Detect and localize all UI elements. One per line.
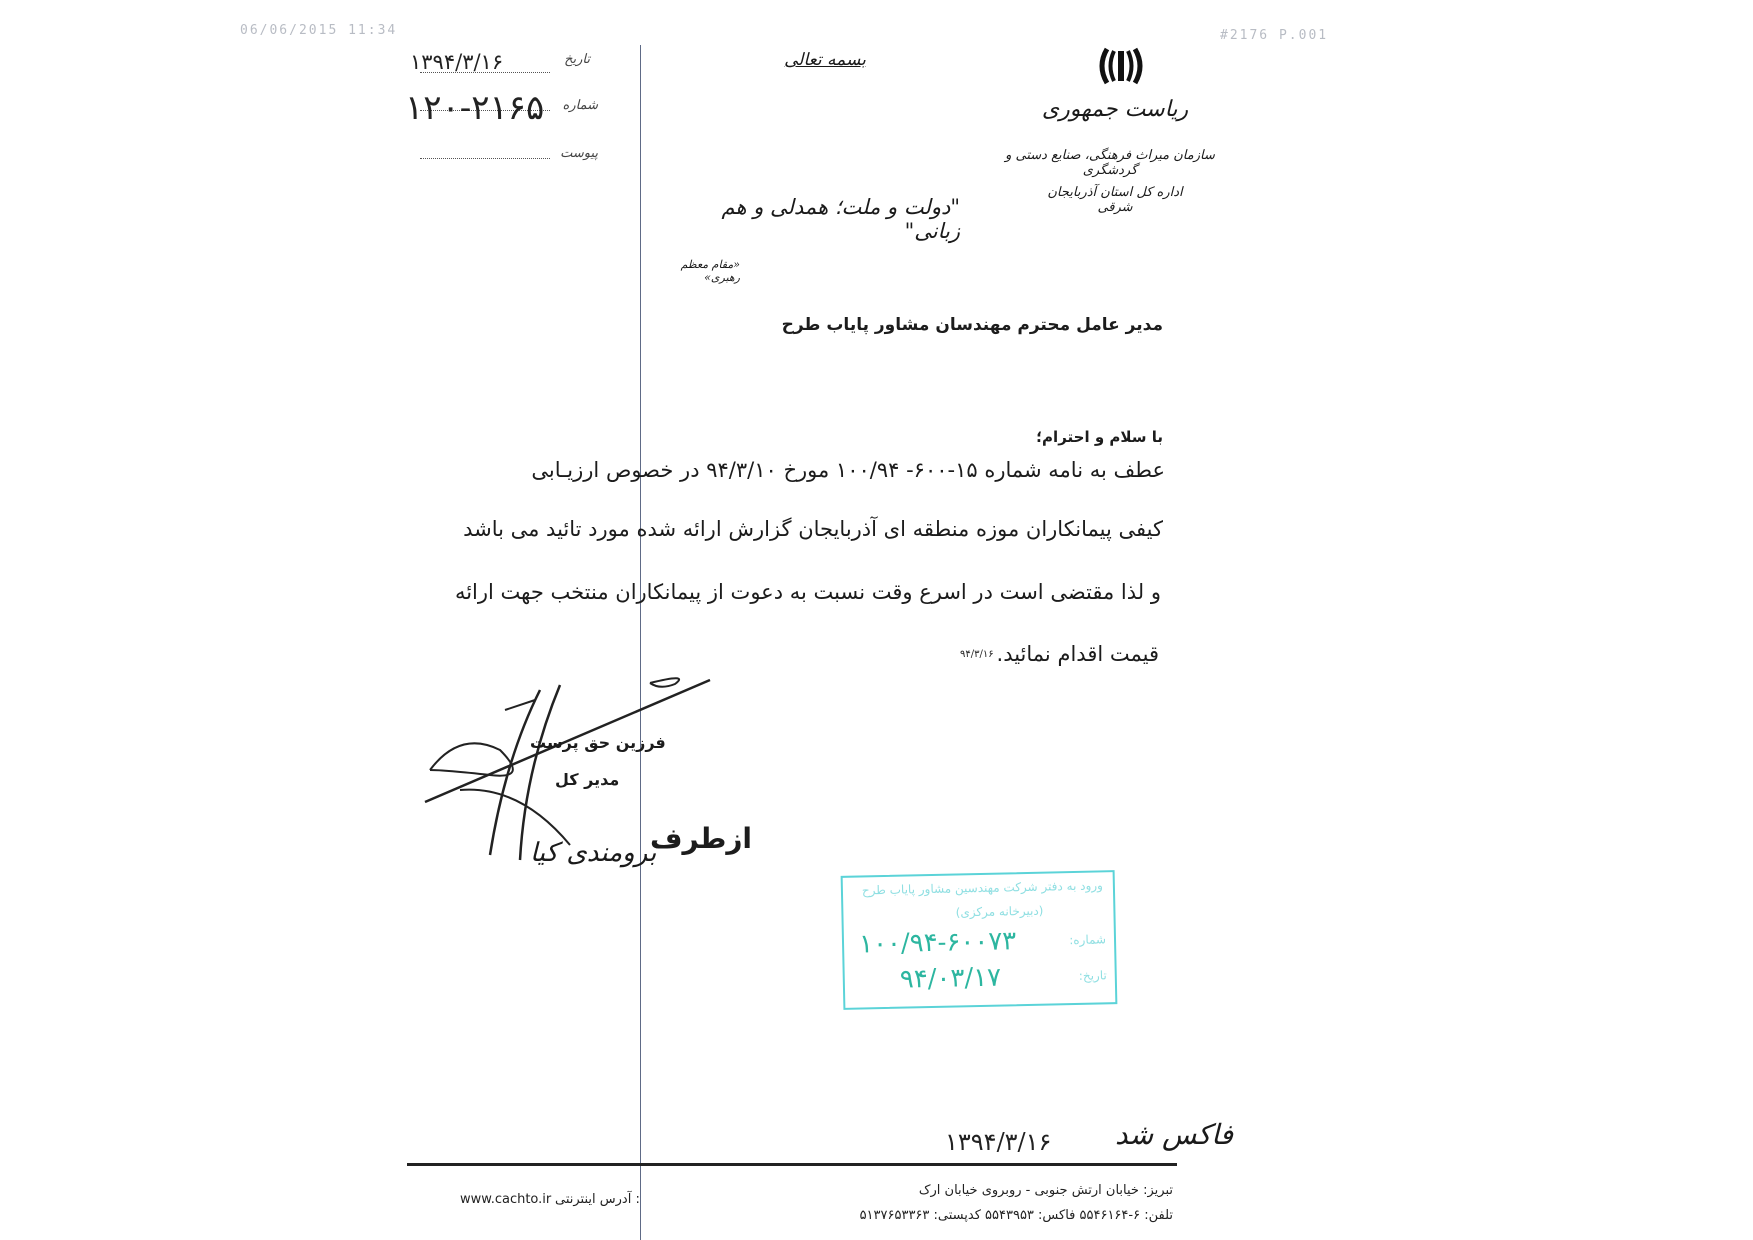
greeting: با سلام و احترام؛ bbox=[1036, 428, 1163, 446]
fax-timestamp: 06/06/2015 11:34 bbox=[240, 23, 397, 38]
scan-line bbox=[640, 45, 641, 1240]
on-behalf-label: ازطرف bbox=[650, 822, 752, 855]
initials-note: ۹۴/۳/۱۶ bbox=[960, 649, 994, 660]
department-name: اداره کل استان آذربایجان شرقی bbox=[1030, 185, 1200, 215]
footer-divider bbox=[407, 1163, 1177, 1166]
invocation: بسمه تعالی bbox=[770, 50, 880, 70]
slogan-attribution: «مقام معظم رهبری» bbox=[650, 258, 740, 284]
body-line-3: و لذا مقتضی است در اسرع وقت نسبت به دعوت… bbox=[455, 580, 1161, 604]
footer-phones: تلفن: ۶-۵۵۴۶۱۶۴ فاکس: ۵۵۴۳۹۵۳ کدپستی: ۵۱… bbox=[860, 1208, 1173, 1223]
date-label: تاریخ bbox=[564, 52, 590, 67]
footer-website-label: : آدرس اینترنتی bbox=[555, 1192, 640, 1207]
body-line-1: عطف به نامه شماره ۱۵-۶۰۰- ۱۰۰/۹۴ مورخ ۹۴… bbox=[531, 458, 1165, 482]
stamp-date-value: ۹۴/۰۳/۱۷ bbox=[899, 963, 1001, 995]
stamp-number-value: ۱۰۰/۹۴-۶۰۰۷۳ bbox=[859, 926, 1017, 959]
date-value: ۱۳۹۴/۳/۱۶ bbox=[410, 50, 503, 74]
body-line-2: کیفی پیمانکاران موزه منطقه ای آذربایجان … bbox=[463, 517, 1163, 541]
fax-sent-note: فاکس شد bbox=[1115, 1118, 1233, 1151]
stamp-subheader: (دبیرخانه مرکزی) bbox=[956, 904, 1044, 920]
recipient: مدیر عامل محترم مهندسان مشاور پایاب طرح bbox=[782, 315, 1163, 335]
footer-address: تبریز: خیابان ارتش جنوبی - روبروی خیابان… bbox=[919, 1183, 1173, 1198]
number-label: شماره bbox=[563, 98, 598, 113]
body-line-4: قیمت اقدام نمائید. bbox=[997, 642, 1159, 666]
footer-website-link[interactable]: www.cachto.ir bbox=[460, 1192, 551, 1207]
presidency-title: ریاست جمهوری bbox=[1040, 97, 1190, 122]
on-behalf-name: برومندی کیا bbox=[530, 838, 656, 868]
stamp-number-label: شماره: bbox=[1069, 932, 1106, 947]
number-value: ۱۲۰-۲۱۶۵ bbox=[405, 88, 544, 128]
fax-page-ref: #2176 P.001 bbox=[1220, 28, 1328, 43]
received-stamp: ورود به دفتر شرکت مهندسین مشاور پایاب طر… bbox=[841, 870, 1118, 1010]
organization-name: سازمان میراث فرهنگی، صنایع دستی و گردشگر… bbox=[990, 148, 1230, 178]
stamp-header: ورود به دفتر شرکت مهندسین مشاور پایاب طر… bbox=[862, 878, 1103, 897]
meta-fields: تاریخ ۱۳۹۴/۳/۱۶ شماره ۱۲۰-۲۱۶۵ پیوست bbox=[400, 50, 600, 165]
fax-sent-date: ۱۳۹۴/۳/۱۶ bbox=[945, 1128, 1051, 1156]
stamp-date-label: تاریخ: bbox=[1079, 968, 1107, 983]
signatory-name: فرزین حق پرست bbox=[530, 733, 666, 752]
slogan: "دولت و ملت؛ همدلی و هم زبانی" bbox=[700, 195, 960, 243]
emblem-icon bbox=[1095, 45, 1147, 87]
attachment-label: پیوست bbox=[560, 146, 598, 161]
attachment-line bbox=[420, 158, 550, 159]
signatory-title: مدیر کل bbox=[555, 770, 619, 789]
